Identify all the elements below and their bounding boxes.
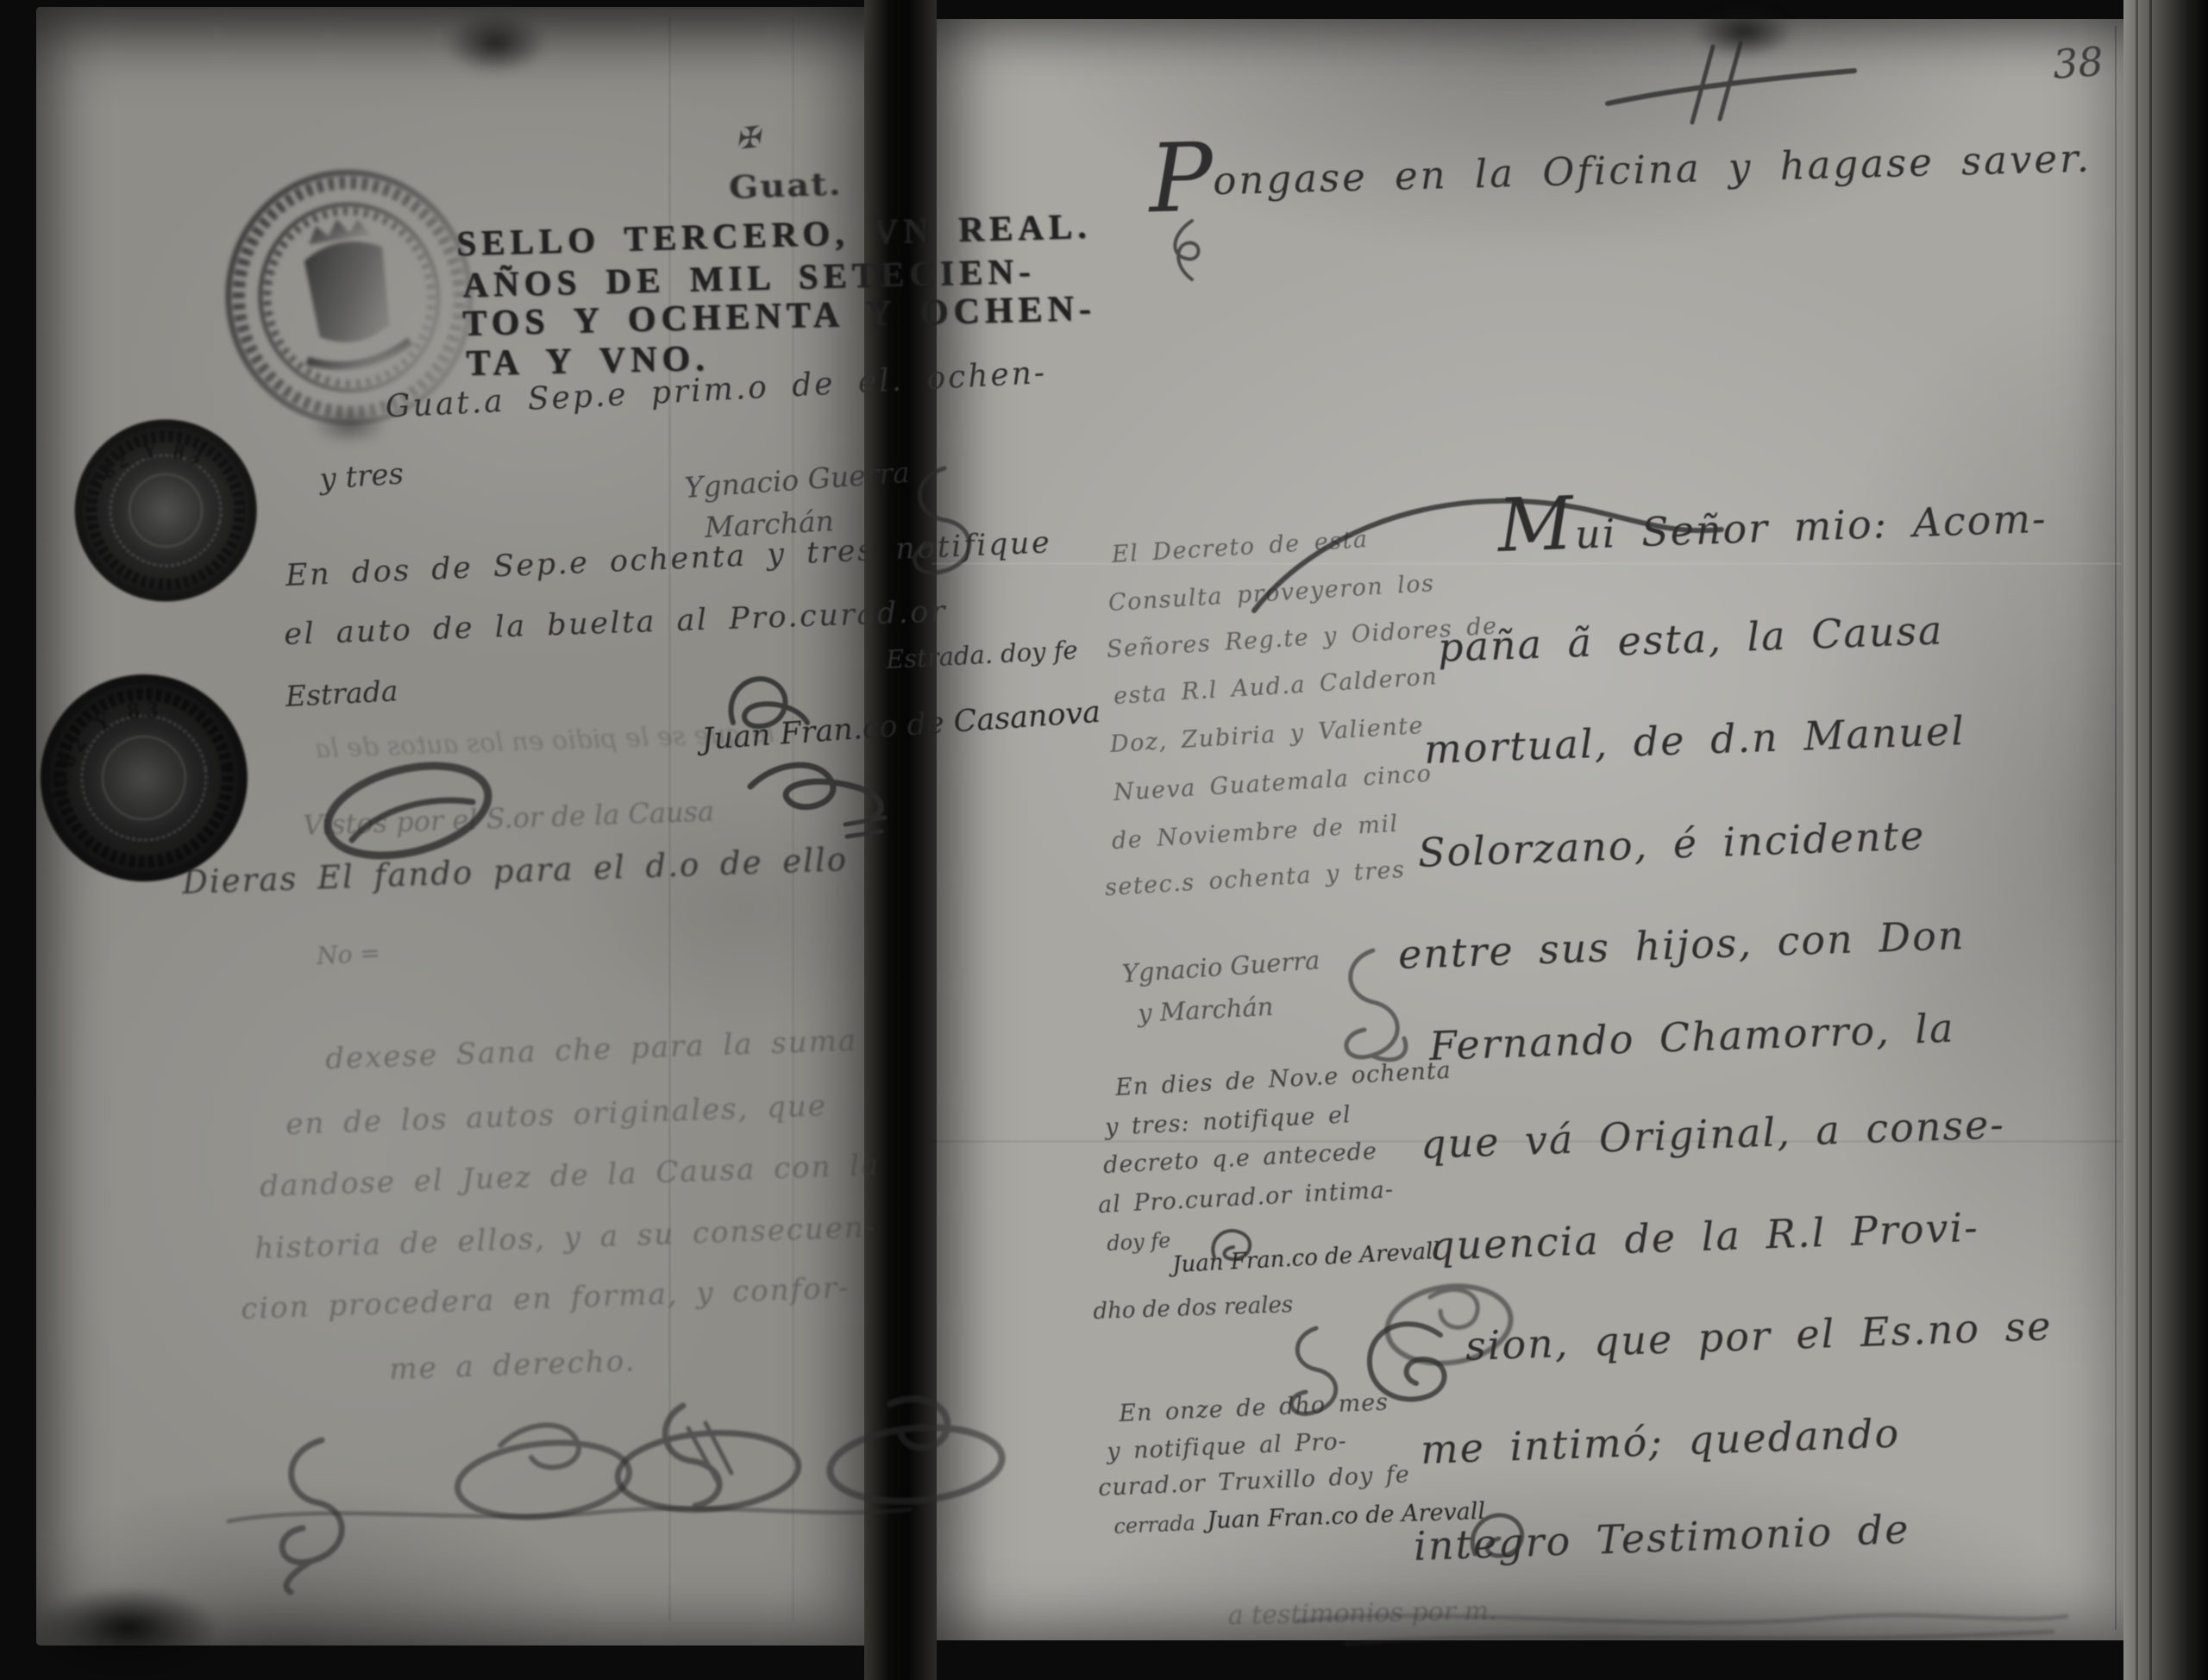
fold-crease [2115, 26, 2117, 1630]
notification-note: Estrada [285, 674, 398, 713]
microfilm-scan: ✠ Guat. SELLO TERCERO, VN REAL. AÑOS DE … [0, 0, 2208, 1680]
place-imprint: Guat. [728, 166, 843, 207]
ink-blot [444, 12, 548, 74]
margin-mark: No = [316, 938, 380, 970]
margin-note-line: cerrada [1113, 1511, 1196, 1539]
page-edge-strip [2123, 0, 2208, 1680]
page-edge-line [2136, 0, 2138, 1680]
cross-ornament: ✠ [734, 120, 762, 157]
heading-descender-loop [1163, 217, 1214, 286]
shadow-notch [41, 1589, 214, 1666]
page-edge-line [2149, 0, 2152, 1680]
margin-note-line: doy fe [1107, 1228, 1171, 1256]
strike-mark [1603, 36, 1861, 131]
folio-number: 38 [2051, 38, 2104, 88]
scribble-oval [317, 757, 499, 869]
heading-text: ongase en la Oficina y hagase saver. [1213, 135, 2092, 204]
line-initial-flourish [1358, 1311, 1461, 1414]
date-line-continuation: y tres [318, 456, 405, 497]
underline-scribble [224, 1487, 914, 1539]
signature-rubric [893, 461, 1005, 591]
habilitacion-seal-1782-83: 1782 Y 83 [51, 396, 281, 626]
bottom-scribble [1294, 1587, 2070, 1656]
